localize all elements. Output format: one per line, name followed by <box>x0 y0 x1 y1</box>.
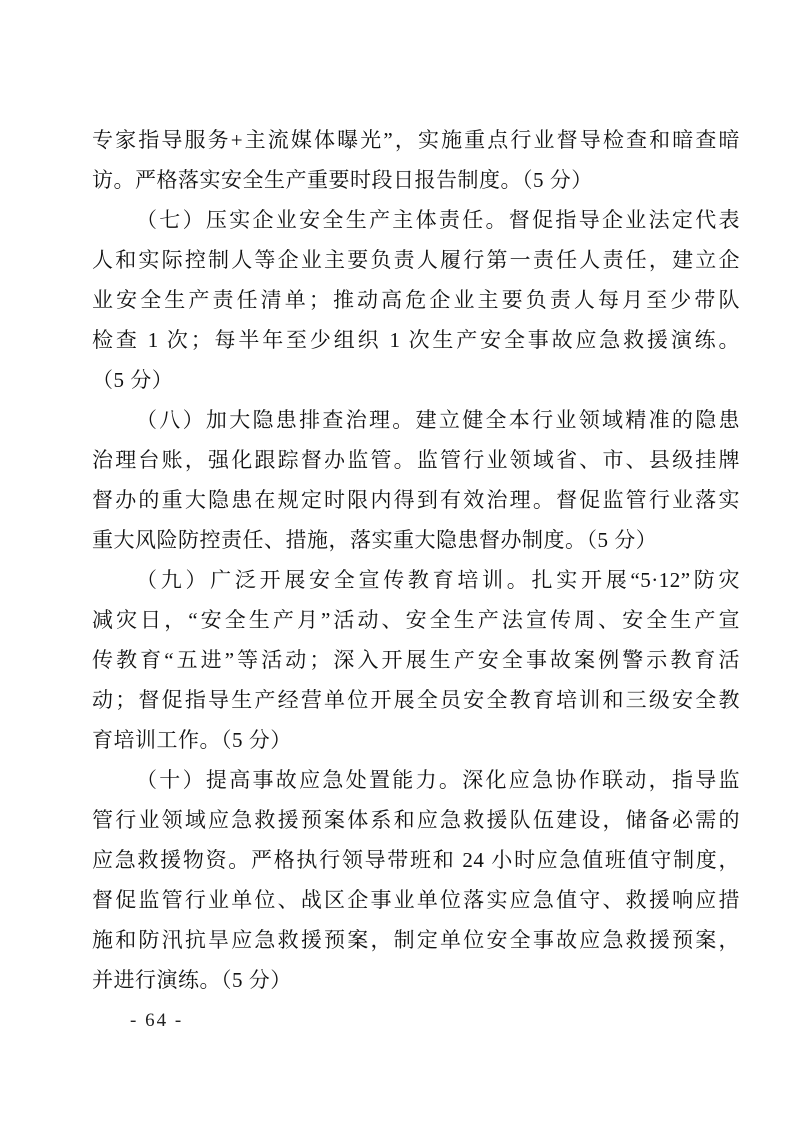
text-line: （八）加大隐患排查治理。建立健全本行业领域精准的隐患 <box>92 400 740 440</box>
text-line: 重大风险防控责任、措施，落实重大隐患督办制度。（5 分） <box>92 520 740 560</box>
text-line: 施和防汛抗旱应急救援预案，制定单位安全事故应急救援预案， <box>92 920 740 960</box>
page-number: - 64 - <box>130 1010 183 1032</box>
text-line: 动；督促指导生产经营单位开展全员安全教育培训和三级安全教 <box>92 680 740 720</box>
text-line: 督办的重大隐患在规定时限内得到有效治理。督促监管行业落实 <box>92 480 740 520</box>
text-line: 应急救援物资。严格执行领导带班和 24 小时应急值班值守制度， <box>92 840 740 880</box>
text-line: 治理台账，强化跟踪督办监管。监管行业领域省、市、县级挂牌 <box>92 440 740 480</box>
text-line: 管行业领域应急救援预案体系和应急救援队伍建设，储备必需的 <box>92 800 740 840</box>
text-line: 人和实际控制人等企业主要负责人履行第一责任人责任，建立企 <box>92 240 740 280</box>
text-line: （七）压实企业安全生产主体责任。督促指导企业法定代表 <box>92 200 740 240</box>
text-line: 专家指导服务+主流媒体曝光”，实施重点行业督导检查和暗查暗 <box>92 120 740 160</box>
text-line: 业安全生产责任清单；推动高危企业主要负责人每月至少带队 <box>92 280 740 320</box>
text-line: 督促监管行业单位、战区企事业单位落实应急值守、救援响应措 <box>92 880 740 920</box>
text-line: 检查 1 次；每半年至少组织 1 次生产安全事故应急救援演练。 <box>92 320 740 360</box>
text-line: 访。严格落实安全生产重要时段日报告制度。（5 分） <box>92 160 740 200</box>
text-line: （九）广泛开展安全宣传教育培训。扎实开展“5·12”防灾 <box>92 560 740 600</box>
text-line: （十）提高事故应急处置能力。深化应急协作联动，指导监 <box>92 760 740 800</box>
text-line: 育培训工作。（5 分） <box>92 720 740 760</box>
text-line: （5 分） <box>92 360 740 400</box>
body-text: 专家指导服务+主流媒体曝光”，实施重点行业督导检查和暗查暗 访。严格落实安全生产… <box>92 120 740 1000</box>
text-line: 传教育“五进”等活动；深入开展生产安全事故案例警示教育活 <box>92 640 740 680</box>
text-line: 并进行演练。（5 分） <box>92 960 740 1000</box>
text-line: 减灾日，“安全生产月”活动、安全生产法宣传周、安全生产宣 <box>92 600 740 640</box>
document-page: 专家指导服务+主流媒体曝光”，实施重点行业督导检查和暗查暗 访。严格落实安全生产… <box>0 0 793 1122</box>
